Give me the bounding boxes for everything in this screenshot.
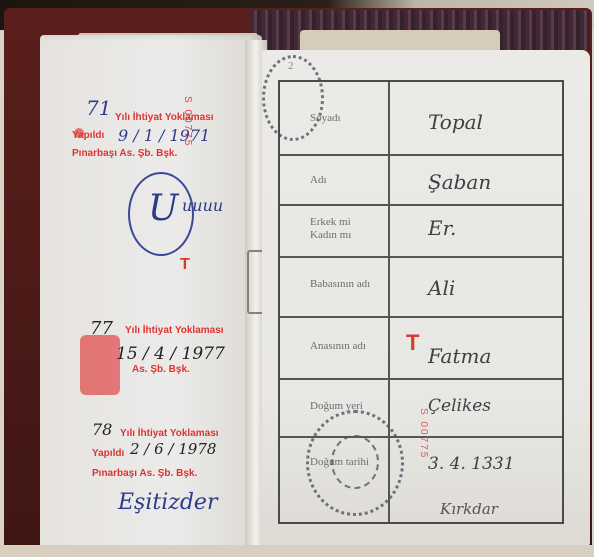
field-label: Anasının adı xyxy=(310,340,366,353)
stamp-date: 2 / 6 / 1978 xyxy=(130,440,216,458)
form-row-sex: Erkek mi Kadın mı Er. xyxy=(280,204,562,258)
field-label: Soyadı xyxy=(310,112,341,125)
field-value: Topal xyxy=(428,110,483,134)
vertical-red-stamp: S 00775 xyxy=(182,96,193,147)
vertical-red-stamp: S 00775 xyxy=(418,408,429,459)
stamp-line: Yapıldı xyxy=(92,448,124,459)
red-smear xyxy=(80,335,120,395)
stamp-line: Pınarbaşı As. Şb. Bşk. xyxy=(92,468,197,479)
official-seal-bottom xyxy=(306,410,404,516)
page-number: 2 xyxy=(288,60,294,72)
field-label: Erkek mi Kadın mı xyxy=(310,216,370,242)
field-label: Babasının adı xyxy=(310,278,370,291)
stamp-line: Yılı İhtiyat Yoklaması xyxy=(120,428,219,439)
stamp-date: 15 / 4 / 1977 xyxy=(116,344,225,364)
stamp-number: 77 xyxy=(90,318,113,339)
field-value: Çelikes xyxy=(428,396,491,416)
stamp-line: Yılı İhtiyat Yoklaması xyxy=(115,112,214,123)
signature-bottom: Eşitizder xyxy=(118,490,217,515)
form-row-mother: Anasının adı Fatma xyxy=(280,316,562,380)
field-value: Şaban xyxy=(428,170,491,194)
field-value: Er. xyxy=(428,216,456,240)
stamp-date: 9 / 1 / 1971 xyxy=(118,126,210,145)
stamp-number: 71 xyxy=(86,96,111,120)
form-row-father: Babasının adı Ali xyxy=(280,256,562,318)
stamp-number: 78 xyxy=(92,420,112,439)
field-value: Fatma xyxy=(428,344,491,368)
seal-inner-ring xyxy=(331,435,379,489)
field-value: 3. 4. 1331 xyxy=(428,454,515,474)
stamp-line: As. Şb. Bşk. xyxy=(132,364,190,375)
table-surface xyxy=(0,545,594,557)
field-value: Ali xyxy=(428,276,455,300)
extra-handwriting: Kırkdar xyxy=(440,500,498,518)
stamp-line: Pınarbaşı As. Şb. Bşk. xyxy=(72,148,177,159)
signature: U xyxy=(148,188,178,229)
signature-tail: uuuu xyxy=(182,196,223,215)
field-label: Adı xyxy=(310,174,327,187)
form-row-name: Adı Şaban xyxy=(280,154,562,206)
red-t-mark: T xyxy=(406,330,419,356)
stamp-line: Yapıldı xyxy=(72,130,104,141)
form-row-surname: Soyadı Topal xyxy=(280,82,562,156)
stamp-line: Yılı İhtiyat Yoklaması xyxy=(125,325,224,336)
red-t-mark: T xyxy=(180,256,190,274)
